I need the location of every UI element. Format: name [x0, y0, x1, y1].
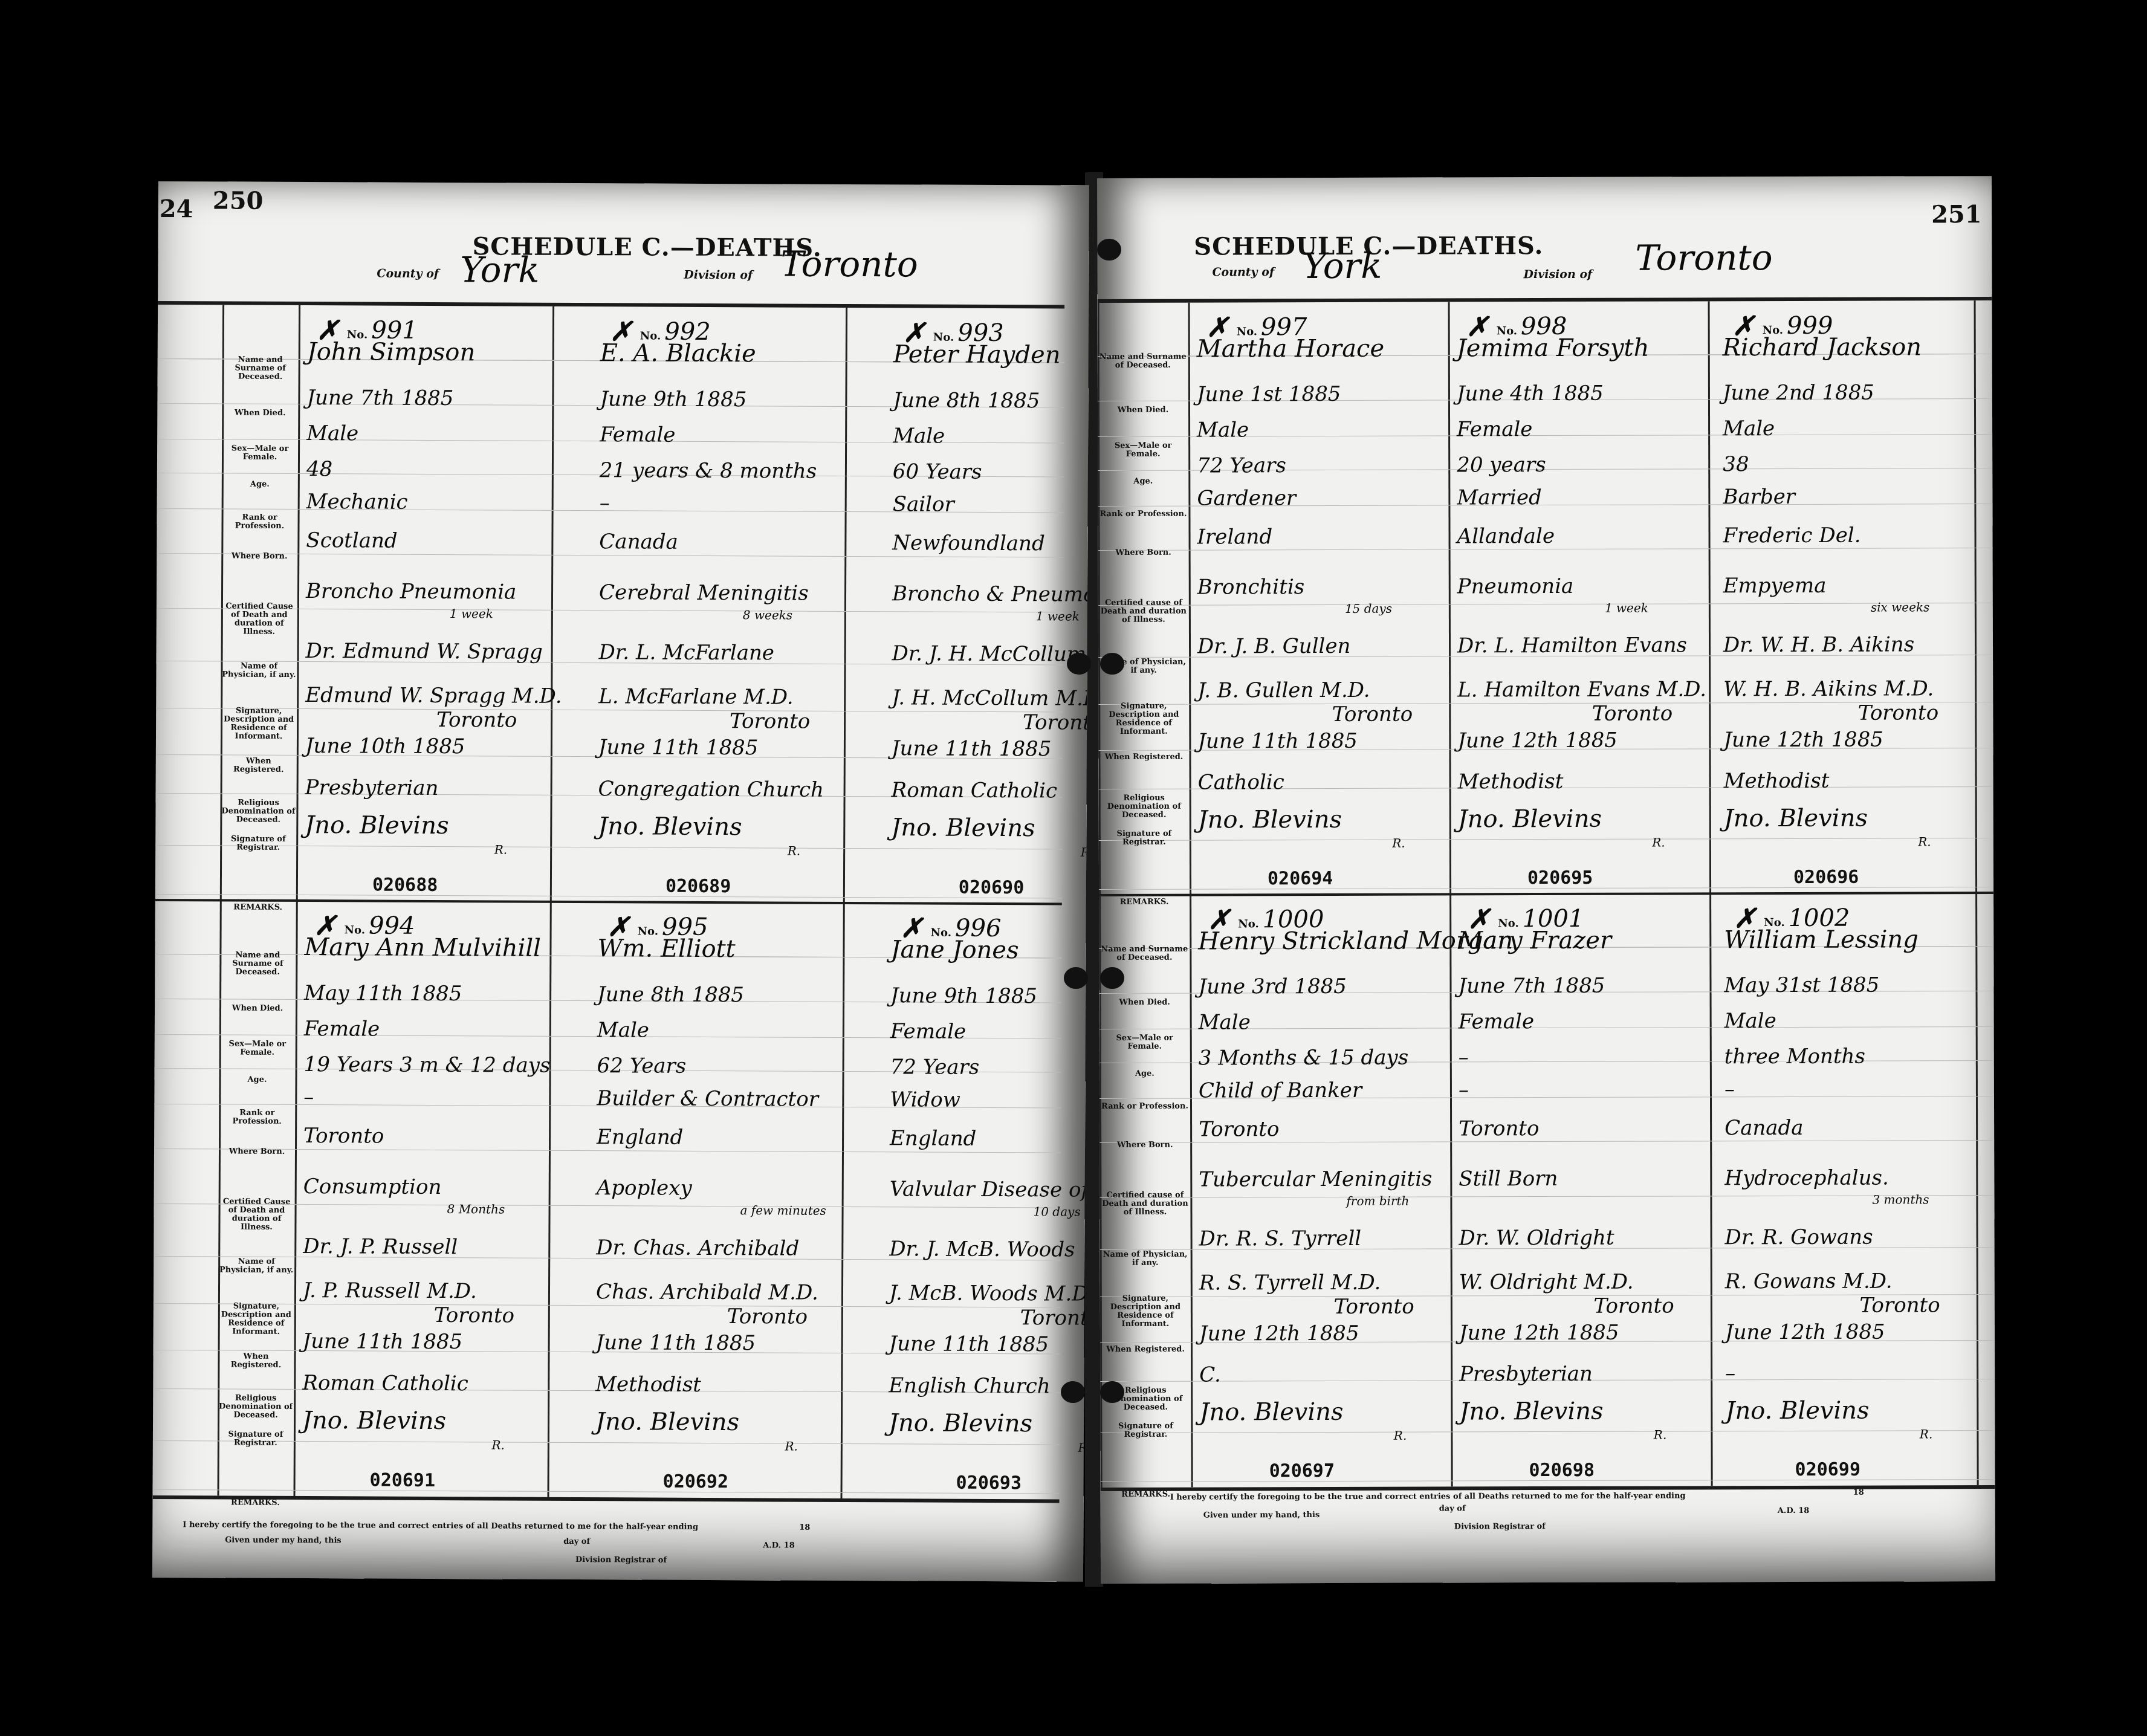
certificate-stamp: 020693: [956, 1472, 1022, 1493]
field-informant-residence: Toronto: [1332, 702, 1413, 727]
field-sex: Male: [597, 1018, 649, 1042]
field-registrar-suffix: R.: [788, 844, 801, 858]
field-born: England: [890, 1127, 976, 1151]
row-label: When Died.: [219, 1005, 296, 1014]
certificate-stamp: 020692: [663, 1471, 729, 1492]
field-registrar-suffix: R.: [1394, 1428, 1407, 1443]
field-registrar: Jno. Blevins: [1724, 805, 1868, 833]
footer-year: 18: [799, 1523, 810, 1532]
death-entry: ✗No.996Jane JonesJune 9th 1885Female72 Y…: [880, 903, 1089, 1500]
division-value: Toronto: [1635, 237, 1773, 279]
field-registered: June 12th 1885: [1199, 1321, 1359, 1346]
field-cause: Cerebral Meningitis: [599, 580, 809, 606]
field-name: Jane Jones: [890, 936, 1018, 965]
field-duration: 8 Months: [447, 1202, 505, 1216]
field-cause: Empyema: [1723, 574, 1827, 598]
page-number-prior: 24: [160, 195, 193, 223]
field-registrar: Jno. Blevins: [1459, 1398, 1603, 1426]
footer-certify: I hereby certify the foregoing to be the…: [1170, 1491, 1686, 1501]
field-registrar-suffix: R.: [1392, 836, 1405, 850]
field-profession: Barber: [1723, 485, 1795, 509]
field-informant-residence: Toronto: [434, 1303, 514, 1328]
field-cause: Bronchitis: [1197, 575, 1305, 599]
certificate-stamp: 020696: [1793, 866, 1859, 887]
page-number: 251: [1931, 200, 1982, 228]
field-physician: Dr. J. McB. Woods: [889, 1237, 1075, 1262]
field-religion: Catholic: [1198, 770, 1284, 794]
field-registered: June 11th 1885: [303, 1329, 463, 1354]
field-died: June 4th 1885: [1457, 381, 1604, 406]
field-physician: Dr. L. Hamilton Evans: [1457, 633, 1687, 658]
field-age: 60 Years: [893, 459, 982, 484]
field-sex: Female: [1459, 1009, 1534, 1034]
row-labels: Name and Surname of Deceased.When Died.S…: [218, 305, 299, 1496]
field-cause: Broncho & Pneumonia: [892, 581, 1089, 607]
field-informant-residence: Toronto: [1592, 702, 1673, 726]
field-registrar-suffix: R.: [494, 843, 508, 857]
field-profession: Mechanic: [306, 490, 408, 514]
field-registrar: Jno. Blevins: [302, 1407, 446, 1435]
field-profession: Child of Banker: [1199, 1078, 1362, 1103]
field-profession: –: [1724, 1077, 1735, 1101]
field-physician: Dr. W. Oldright: [1459, 1226, 1614, 1251]
footer-day-of: day of: [563, 1537, 590, 1546]
death-entry: ✗No.997Martha HoraceJune 1st 1885Male72 …: [1188, 302, 1450, 895]
certificate-stamp: 020697: [1269, 1460, 1335, 1482]
field-religion: C.: [1199, 1363, 1221, 1387]
row-label: When Registered.: [218, 1353, 294, 1370]
field-informant: L. McFarlane M.D.: [598, 685, 793, 710]
row-label: Sex—Male or Female.: [219, 1040, 296, 1058]
field-physician: Dr. J. H. McCollum: [892, 641, 1087, 666]
field-registrar: Jno. Blevins: [889, 1410, 1032, 1438]
footer-registrar: Division Registrar of: [1454, 1522, 1546, 1531]
field-age: 3 Months & 15 days: [1199, 1046, 1408, 1070]
field-registered: June 10th 1885: [305, 734, 465, 759]
field-died: June 7th 1885: [1458, 974, 1605, 999]
field-age: 19 Years 3 m & 12 days: [304, 1052, 551, 1078]
field-religion: Methodist: [595, 1372, 701, 1397]
field-duration: 3 months: [1872, 1192, 1929, 1206]
certificate-stamp: 020689: [665, 875, 731, 896]
field-physician: Dr. Chas. Archibald: [596, 1236, 799, 1260]
field-religion: Methodist: [1724, 769, 1830, 793]
field-cause: Hydrocephalus.: [1724, 1165, 1889, 1190]
field-profession: Widow: [890, 1088, 960, 1113]
field-duration: six weeks: [1871, 600, 1930, 614]
field-informant-residence: Toronto: [1859, 1294, 1940, 1318]
row-label: Name and Surname of Deceased.: [1099, 945, 1190, 962]
county-label: County of: [377, 267, 439, 280]
certificate-stamp: 020691: [370, 1469, 436, 1491]
binding-ring: [1064, 967, 1088, 989]
binding-ring: [1097, 239, 1121, 261]
row-label: Rank or Profession.: [1099, 1102, 1190, 1110]
row-label: Signature of Registrar.: [218, 1430, 294, 1448]
field-physician: Dr. J. B. Gullen: [1197, 634, 1351, 659]
field-informant-residence: Toronto: [1858, 701, 1938, 725]
left-page: 24 250 SCHEDULE C.—DEATHS. County of Yor…: [152, 181, 1089, 1582]
county-label: County of: [1212, 265, 1274, 279]
field-profession: –: [600, 491, 610, 516]
field-cause: Tubercular Meningitis: [1199, 1167, 1432, 1191]
field-registrar: Jno. Blevins: [595, 1408, 739, 1436]
field-duration: from birth: [1346, 1193, 1409, 1208]
field-registrar-suffix: R.: [1652, 835, 1665, 850]
field-physician: Dr. R. S. Tyrrell: [1199, 1226, 1362, 1251]
page-number: 250: [213, 186, 264, 215]
field-sex: Male: [893, 424, 945, 448]
row-label: Rank or Profession.: [219, 1109, 295, 1126]
field-informant-residence: Toronto: [1593, 1294, 1674, 1318]
field-registrar: Jno. Blevins: [891, 814, 1035, 843]
field-name: William Lessing: [1724, 926, 1919, 954]
binding-ring: [1100, 653, 1124, 675]
field-born: Canada: [599, 530, 678, 555]
field-registrar-suffix: R.: [1918, 834, 1931, 849]
field-registered: June 12th 1885: [1457, 728, 1618, 753]
row-label: REMARKS.: [217, 1498, 293, 1508]
field-cause: Broncho Pneumonia: [306, 579, 517, 604]
row-label: Religious Denomination of Deceased.: [218, 1394, 294, 1420]
field-informant: J. B. Gullen M.D.: [1197, 678, 1370, 703]
field-sex: Male: [1724, 1009, 1776, 1033]
field-died: June 8th 1885: [893, 388, 1040, 413]
field-name: Mary Frazer: [1458, 927, 1611, 955]
field-born: England: [597, 1125, 683, 1150]
field-age: –: [1459, 1045, 1469, 1069]
field-religion: Presbyterian: [305, 776, 439, 800]
field-sex: Female: [600, 423, 676, 447]
county-value: York: [460, 249, 539, 291]
row-label: Name and Surname of Deceased.: [219, 951, 296, 977]
field-duration: 1 week: [1036, 609, 1080, 623]
certificate-stamp: 020688: [372, 874, 438, 895]
field-informant: J. H. McCollum M.D.: [892, 686, 1089, 711]
field-sex: Female: [304, 1017, 380, 1041]
row-label: Signature, Description and Residence of …: [218, 1302, 294, 1336]
field-cause: Apoplexy: [597, 1176, 692, 1200]
division-label: Division of: [1523, 268, 1592, 281]
field-died: May 31st 1885: [1724, 973, 1879, 998]
death-entry: ✗No.991John SimpsonJune 7th 1885Male48Me…: [296, 305, 552, 902]
field-registered: June 12th 1885: [1459, 1320, 1619, 1345]
certificate-stamp: 020698: [1529, 1460, 1595, 1481]
field-informant-residence: Toronto: [727, 1305, 808, 1330]
row-label: Where Born.: [1099, 1141, 1190, 1149]
field-age: 20 years: [1457, 453, 1546, 477]
field-age: 62 Years: [597, 1054, 687, 1078]
field-registered: June 11th 1885: [889, 1332, 1049, 1356]
row-label: When Died.: [1099, 999, 1190, 1007]
field-registrar: Jno. Blevins: [1198, 806, 1342, 834]
certificate-stamp: 020694: [1268, 868, 1333, 889]
row-labels: Name and Surname of Deceased.When Died.S…: [1098, 303, 1191, 1488]
field-name: Jemima Forsyth: [1457, 334, 1650, 363]
field-profession: –: [303, 1085, 314, 1109]
field-profession: Builder & Contractor: [597, 1087, 818, 1112]
field-died: June 9th 1885: [890, 983, 1037, 1008]
certificate-stamp: 020690: [959, 876, 1025, 898]
binding-ring: [1100, 1381, 1124, 1403]
field-informant: W. H. B. Aikins M.D.: [1723, 677, 1934, 702]
field-registered: June 11th 1885: [892, 736, 1052, 761]
field-profession: Gardener: [1197, 486, 1296, 510]
field-informant-residence: Toronto: [1333, 1295, 1414, 1319]
field-died: June 2nd 1885: [1723, 381, 1874, 406]
row-label: Certified cause of Death and duration of…: [1099, 1191, 1190, 1216]
field-sex: Female: [1457, 417, 1532, 441]
field-age: 38: [1723, 452, 1749, 476]
field-name: John Simpson: [307, 338, 476, 366]
register-grid: Name and Surname of Deceased.When Died.S…: [1098, 297, 1995, 1491]
field-duration: 15 days: [1345, 601, 1392, 616]
field-died: May 11th 1885: [304, 981, 462, 1006]
field-born: Scotland: [306, 528, 397, 553]
field-duration: 1 week: [1605, 600, 1648, 615]
field-born: Toronto: [1199, 1117, 1279, 1141]
row-label: When Registered.: [1100, 1345, 1191, 1353]
field-religion: Roman Catholic: [302, 1371, 468, 1396]
field-registrar: Jno. Blevins: [598, 812, 742, 841]
county-value: York: [1303, 245, 1382, 287]
field-born: Allandale: [1457, 524, 1555, 548]
row-label: Name of Physician, if any.: [218, 1257, 294, 1275]
field-sex: Male: [1723, 416, 1775, 441]
field-duration: 1 week: [450, 606, 493, 621]
field-religion: Presbyterian: [1459, 1362, 1593, 1387]
field-informant: L. Hamilton Evans M.D.: [1457, 678, 1706, 702]
certificate-stamp: 020699: [1795, 1459, 1860, 1480]
death-entry: ✗No.1002William LessingMay 31st 1885Male…: [1715, 893, 1977, 1486]
row-label: Signature, Description and Residence of …: [1100, 1295, 1191, 1329]
field-physician: Dr. R. Gowans: [1725, 1225, 1873, 1249]
field-informant: R. Gowans M.D.: [1725, 1269, 1893, 1294]
field-age: 72 Years: [890, 1055, 980, 1080]
field-sex: Female: [890, 1019, 967, 1044]
field-physician: Dr. Edmund W. Spragg: [306, 639, 543, 664]
field-died: June 8th 1885: [597, 982, 744, 1007]
field-cause: Still Born: [1459, 1167, 1558, 1191]
field-cause: Consumption: [303, 1174, 442, 1199]
field-profession: Married: [1457, 485, 1541, 510]
field-religion: Roman Catholic: [892, 778, 1058, 803]
death-entry: ✗No.994Mary Ann MulvihillMay 11th 1885Fe…: [294, 901, 550, 1497]
footer-day-of: day of: [1439, 1504, 1466, 1513]
field-informant: J. P. Russell M.D.: [303, 1279, 477, 1304]
death-entry: ✗No.993Peter HaydenJune 8th 1885Male60 Y…: [882, 308, 1089, 904]
row-label: Where Born.: [219, 1147, 295, 1156]
footer-registrar: Division Registrar of: [575, 1555, 667, 1565]
row-label: Name of Physician, if any.: [1100, 1250, 1191, 1267]
field-sex: Male: [306, 421, 358, 445]
field-died: June 7th 1885: [306, 386, 453, 410]
row-label: Age.: [219, 1076, 295, 1085]
field-name: Mary Ann Mulvihill: [304, 933, 541, 962]
binding-ring: [1067, 653, 1091, 675]
field-informant: Chas. Archibald M.D.: [596, 1280, 818, 1306]
field-registered: June 11th 1885: [596, 1330, 756, 1355]
footer-ad: A.D. 18: [763, 1541, 795, 1550]
death-entry: ✗No.1001Mary FrazerJune 7th 1885Female––…: [1449, 893, 1711, 1486]
row-label: Sex—Male or Female.: [1099, 1034, 1190, 1051]
binding-ring: [1061, 1381, 1085, 1403]
field-registrar-suffix: R.: [1920, 1427, 1932, 1441]
field-physician: Dr. J. P. Russell: [303, 1234, 458, 1259]
field-physician: Dr. W. H. B. Aikins: [1723, 632, 1914, 657]
field-profession: Sailor: [893, 493, 954, 517]
field-registrar-suffix: R.: [1654, 1428, 1666, 1442]
field-duration: 10 days: [1034, 1204, 1081, 1219]
footer-certify: I hereby certify the foregoing to be the…: [183, 1520, 698, 1532]
field-religion: English Church: [889, 1373, 1051, 1398]
field-sex: Male: [1199, 1010, 1251, 1034]
certificate-stamp: 020695: [1527, 867, 1593, 889]
field-registrar-suffix: R.: [491, 1438, 505, 1453]
division-value: Toronto: [780, 243, 918, 285]
right-page: 251 SCHEDULE C.—DEATHS. County of York D…: [1097, 176, 1995, 1584]
field-informant-residence: Toronto: [436, 708, 517, 733]
death-entry: ✗No.1000Henry Strickland MorganJune 3rd …: [1190, 894, 1451, 1487]
field-registrar-suffix: R.: [785, 1439, 798, 1454]
field-physician: Dr. L. McFarlane: [599, 640, 775, 665]
row-label: Certified Cause of Death and duration of…: [218, 1198, 294, 1232]
field-died: June 3rd 1885: [1198, 974, 1346, 999]
field-informant-residence: Toronto: [730, 710, 810, 734]
field-born: Canada: [1724, 1115, 1804, 1139]
row-label: Signature of Registrar.: [1100, 1422, 1191, 1439]
field-name: Peter Hayden: [893, 341, 1061, 369]
field-informant: Edmund W. Spragg M.D.: [305, 684, 562, 709]
field-informant: J. McB. Woods M.D.: [889, 1281, 1089, 1306]
field-religion: Methodist: [1458, 769, 1564, 794]
row-label: Age.: [1099, 1069, 1190, 1078]
field-died: June 1st 1885: [1197, 382, 1341, 407]
field-registered: June 12th 1885: [1723, 727, 1883, 752]
field-profession: –: [1459, 1078, 1469, 1102]
field-duration: a few minutes: [740, 1203, 826, 1218]
field-died: June 9th 1885: [600, 387, 746, 412]
footer-ad: A.D. 18: [1778, 1506, 1810, 1515]
field-age: 72 Years: [1197, 453, 1286, 478]
binding-ring: [1100, 967, 1124, 989]
field-registrar: Jno. Blevins: [1199, 1398, 1343, 1427]
death-entry: ✗No.995Wm. ElliottJune 8th 1885Male62 Ye…: [587, 902, 843, 1498]
footer-given: Given under my hand, this: [225, 1536, 342, 1546]
field-name: Richard Jackson: [1723, 334, 1922, 362]
field-born: Ireland: [1197, 525, 1273, 549]
footer-given: Given under my hand, this: [1203, 1511, 1320, 1520]
field-registrar: Jno. Blevins: [305, 811, 449, 840]
register-grid: Name and Surname of Deceased.When Died.S…: [152, 301, 1064, 1503]
field-informant-residence: Toronto: [1020, 1306, 1089, 1331]
field-born: Toronto: [1459, 1116, 1539, 1141]
field-born: Frederic Del.: [1723, 523, 1860, 548]
field-cause: Valvular Disease of the Heart: [890, 1177, 1089, 1202]
death-entry: ✗No.999Richard JacksonJune 2nd 1885Male3…: [1714, 300, 1976, 893]
field-name: E. A. Blackie: [600, 340, 756, 368]
field-sex: Male: [1197, 418, 1249, 442]
field-registered: June 11th 1885: [1197, 728, 1358, 753]
footer-year: 18: [1853, 1488, 1864, 1497]
field-informant: W. Oldright M.D.: [1459, 1270, 1634, 1295]
field-born: Toronto: [303, 1124, 384, 1148]
field-registrar: Jno. Blevins: [1458, 805, 1602, 834]
field-duration: 8 weeks: [743, 607, 792, 622]
death-entry: ✗No.992E. A. BlackieJune 9th 1885Female2…: [589, 306, 846, 903]
division-label: Division of: [684, 268, 753, 282]
field-name: Wm. Elliott: [597, 934, 735, 963]
field-age: 21 years & 8 months: [600, 458, 817, 484]
field-religion: –: [1725, 1361, 1735, 1385]
field-born: Newfoundland: [892, 531, 1045, 556]
field-age: three Months: [1724, 1045, 1865, 1069]
field-registered: June 11th 1885: [598, 735, 759, 760]
field-registered: June 12th 1885: [1725, 1320, 1885, 1344]
field-informant-residence: Toronto: [1023, 711, 1089, 736]
field-age: 48: [306, 457, 332, 481]
field-religion: Congregation Church: [598, 777, 824, 802]
field-registrar: Jno. Blevins: [1725, 1397, 1869, 1425]
death-entry: ✗No.998Jemima ForsythJune 4th 1885Female…: [1448, 301, 1710, 894]
field-name: Martha Horace: [1197, 335, 1384, 363]
field-informant: R. S. Tyrrell M.D.: [1199, 1271, 1381, 1295]
field-cause: Pneumonia: [1457, 574, 1574, 599]
